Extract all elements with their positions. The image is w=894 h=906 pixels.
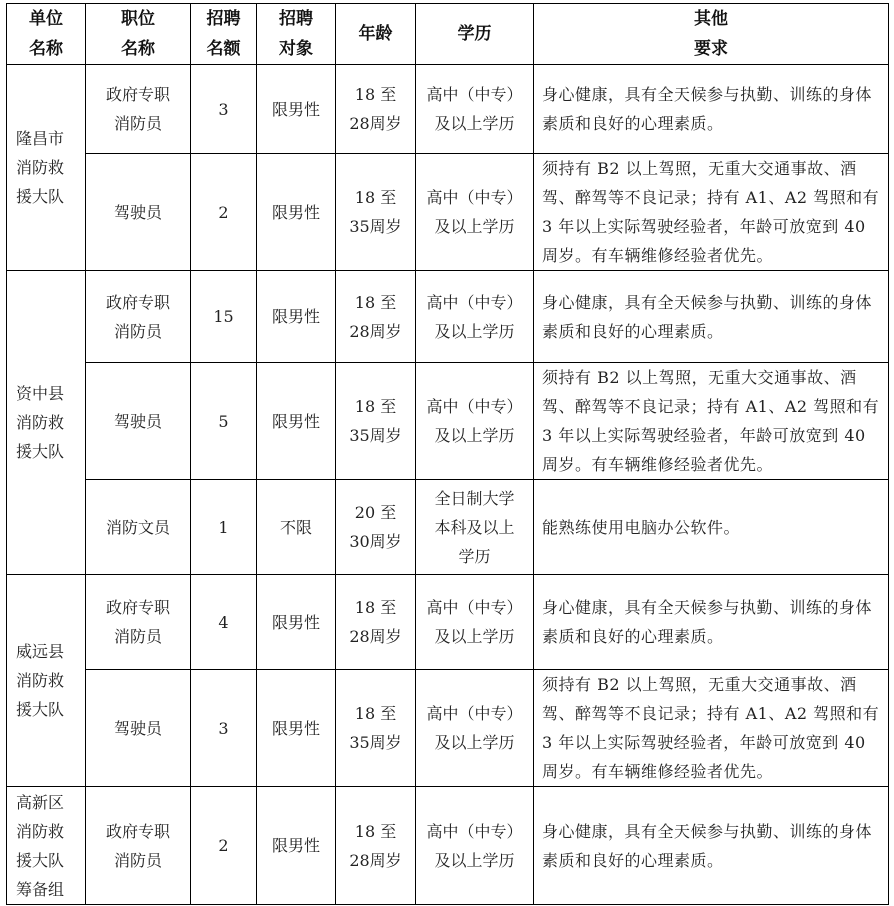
text-line: 驾驶员: [86, 198, 190, 227]
text-line: 高中（中专）: [416, 183, 533, 212]
position-cell: 政府专职消防员: [86, 271, 191, 363]
target-cell: 限男性: [257, 154, 336, 271]
header-position: 职位名称: [86, 4, 191, 65]
count-cell: 15: [191, 271, 257, 363]
text-line: 学历: [416, 19, 533, 49]
text-line: 消防救: [16, 408, 85, 437]
text-line: 筹备组: [16, 875, 85, 904]
age-cell: 18 至28周岁: [336, 787, 416, 905]
education-cell: 高中（中专）及以上学历: [416, 670, 534, 787]
unit-name-cell: 高新区消防救援大队筹备组: [7, 787, 86, 905]
text-line: 及以上学历: [416, 212, 533, 241]
text-line: 高新区: [16, 788, 85, 817]
education-cell: 高中（中专）及以上学历: [416, 787, 534, 905]
text-line: 18 至: [336, 593, 415, 622]
age-cell: 18 至35周岁: [336, 670, 416, 787]
education-cell: 高中（中专）及以上学历: [416, 363, 534, 480]
count-cell: 3: [191, 670, 257, 787]
text-line: 政府专职: [86, 593, 190, 622]
requirements-cell: 须持有 B2 以上驾照，无重大交通事故、酒驾、醉驾等不良记录；持有 A1、A2 …: [534, 363, 889, 480]
text-line: 政府专职: [86, 288, 190, 317]
text-line: 要求: [534, 34, 888, 64]
position-cell: 消防文员: [86, 480, 191, 575]
requirements-cell: 能熟练使用电脑办公软件。: [534, 480, 889, 575]
text-line: 及以上学历: [416, 317, 533, 346]
recruitment-table: 单位名称职位名称招聘名额招聘对象年龄学历其他要求 隆昌市消防救援大队政府专职消防…: [6, 3, 889, 905]
text-line: 隆昌市: [16, 124, 85, 153]
text-line: 及以上学历: [416, 728, 533, 757]
text-line: 职位: [86, 4, 190, 34]
text-line: 28周岁: [336, 109, 415, 138]
text-line: 本科及以上: [416, 513, 533, 542]
text-line: 及以上学历: [416, 622, 533, 651]
position-cell: 驾驶员: [86, 670, 191, 787]
text-line: 援大队: [16, 846, 85, 875]
table-row: 资中县消防救援大队政府专职消防员15限男性18 至28周岁高中（中专）及以上学历…: [7, 271, 889, 363]
header-row: 单位名称职位名称招聘名额招聘对象年龄学历其他要求: [7, 4, 889, 65]
position-cell: 政府专职消防员: [86, 575, 191, 670]
text-line: 驾驶员: [86, 407, 190, 436]
education-cell: 高中（中专）及以上学历: [416, 154, 534, 271]
text-line: 单位: [7, 4, 85, 34]
position-cell: 驾驶员: [86, 154, 191, 271]
table-row: 消防文员1不限20 至30周岁全日制大学本科及以上学历能熟练使用电脑办公软件。: [7, 480, 889, 575]
text-line: 18 至: [336, 80, 415, 109]
education-cell: 高中（中专）及以上学历: [416, 271, 534, 363]
requirements-cell: 身心健康，具有全天候参与执勤、训练的身体素质和良好的心理素质。: [534, 575, 889, 670]
text-line: 名称: [7, 34, 85, 64]
text-line: 35周岁: [336, 421, 415, 450]
text-line: 名称: [86, 34, 190, 64]
table-row: 驾驶员5限男性18 至35周岁高中（中专）及以上学历须持有 B2 以上驾照，无重…: [7, 363, 889, 480]
text-line: 及以上学历: [416, 109, 533, 138]
text-line: 消防员: [86, 109, 190, 138]
text-line: 及以上学历: [416, 846, 533, 875]
text-line: 援大队: [16, 695, 85, 724]
text-line: 18 至: [336, 817, 415, 846]
count-cell: 2: [191, 154, 257, 271]
text-line: 消防救: [16, 817, 85, 846]
text-line: 资中县: [16, 379, 85, 408]
text-line: 学历: [416, 542, 533, 571]
text-line: 对象: [257, 34, 335, 64]
text-line: 高中（中专）: [416, 817, 533, 846]
text-line: 35周岁: [336, 212, 415, 241]
text-line: 28周岁: [336, 846, 415, 875]
header-target: 招聘对象: [257, 4, 336, 65]
text-line: 全日制大学: [416, 484, 533, 513]
header-education: 学历: [416, 4, 534, 65]
text-line: 18 至: [336, 288, 415, 317]
table-row: 驾驶员2限男性18 至35周岁高中（中专）及以上学历须持有 B2 以上驾照，无重…: [7, 154, 889, 271]
text-line: 18 至: [336, 183, 415, 212]
text-line: 高中（中专）: [416, 392, 533, 421]
position-cell: 驾驶员: [86, 363, 191, 480]
unit-name-cell: 隆昌市消防救援大队: [7, 65, 86, 271]
text-line: 高中（中专）: [416, 593, 533, 622]
requirements-cell: 须持有 B2 以上驾照，无重大交通事故、酒驾、醉驾等不良记录；持有 A1、A2 …: [534, 154, 889, 271]
position-cell: 政府专职消防员: [86, 65, 191, 154]
text-line: 及以上学历: [416, 421, 533, 450]
table-row: 高新区消防救援大队筹备组政府专职消防员2限男性18 至28周岁高中（中专）及以上…: [7, 787, 889, 905]
unit-name-cell: 资中县消防救援大队: [7, 271, 86, 575]
text-line: 其他: [534, 4, 888, 34]
text-line: 援大队: [16, 182, 85, 211]
requirements-cell: 身心健康，具有全天候参与执勤、训练的身体素质和良好的心理素质。: [534, 271, 889, 363]
text-line: 30周岁: [336, 527, 415, 556]
target-cell: 限男性: [257, 575, 336, 670]
requirements-cell: 身心健康，具有全天候参与执勤、训练的身体素质和良好的心理素质。: [534, 65, 889, 154]
target-cell: 限男性: [257, 65, 336, 154]
target-cell: 限男性: [257, 670, 336, 787]
target-cell: 限男性: [257, 363, 336, 480]
target-cell: 不限: [257, 480, 336, 575]
age-cell: 18 至28周岁: [336, 575, 416, 670]
position-cell: 政府专职消防员: [86, 787, 191, 905]
text-line: 消防文员: [86, 513, 190, 542]
text-line: 威远县: [16, 637, 85, 666]
age-cell: 18 至35周岁: [336, 154, 416, 271]
table-body: 隆昌市消防救援大队政府专职消防员3限男性18 至28周岁高中（中专）及以上学历身…: [7, 65, 889, 905]
text-line: 消防员: [86, 846, 190, 875]
count-cell: 2: [191, 787, 257, 905]
education-cell: 全日制大学本科及以上学历: [416, 480, 534, 575]
header-requirements: 其他要求: [534, 4, 889, 65]
text-line: 高中（中专）: [416, 288, 533, 317]
header-unit: 单位名称: [7, 4, 86, 65]
age-cell: 18 至35周岁: [336, 363, 416, 480]
text-line: 高中（中专）: [416, 699, 533, 728]
header-age: 年龄: [336, 4, 416, 65]
count-cell: 1: [191, 480, 257, 575]
table-row: 驾驶员3限男性18 至35周岁高中（中专）及以上学历须持有 B2 以上驾照，无重…: [7, 670, 889, 787]
text-line: 消防救: [16, 666, 85, 695]
age-cell: 20 至30周岁: [336, 480, 416, 575]
text-line: 20 至: [336, 498, 415, 527]
text-line: 高中（中专）: [416, 80, 533, 109]
text-line: 招聘: [257, 4, 335, 34]
text-line: 消防员: [86, 622, 190, 651]
count-cell: 3: [191, 65, 257, 154]
requirements-cell: 须持有 B2 以上驾照，无重大交通事故、酒驾、醉驾等不良记录；持有 A1、A2 …: [534, 670, 889, 787]
text-line: 驾驶员: [86, 714, 190, 743]
text-line: 招聘: [191, 4, 256, 34]
target-cell: 限男性: [257, 271, 336, 363]
count-cell: 5: [191, 363, 257, 480]
text-line: 28周岁: [336, 622, 415, 651]
header-count: 招聘名额: [191, 4, 257, 65]
education-cell: 高中（中专）及以上学历: [416, 575, 534, 670]
age-cell: 18 至28周岁: [336, 271, 416, 363]
education-cell: 高中（中专）及以上学历: [416, 65, 534, 154]
text-line: 年龄: [336, 19, 415, 49]
table-row: 威远县消防救援大队政府专职消防员4限男性18 至28周岁高中（中专）及以上学历身…: [7, 575, 889, 670]
text-line: 18 至: [336, 699, 415, 728]
text-line: 名额: [191, 34, 256, 64]
target-cell: 限男性: [257, 787, 336, 905]
text-line: 政府专职: [86, 80, 190, 109]
text-line: 18 至: [336, 392, 415, 421]
text-line: 政府专职: [86, 817, 190, 846]
age-cell: 18 至28周岁: [336, 65, 416, 154]
unit-name-cell: 威远县消防救援大队: [7, 575, 86, 787]
text-line: 援大队: [16, 437, 85, 466]
text-line: 35周岁: [336, 728, 415, 757]
table-row: 隆昌市消防救援大队政府专职消防员3限男性18 至28周岁高中（中专）及以上学历身…: [7, 65, 889, 154]
text-line: 消防救: [16, 153, 85, 182]
text-line: 28周岁: [336, 317, 415, 346]
requirements-cell: 身心健康，具有全天候参与执勤、训练的身体素质和良好的心理素质。: [534, 787, 889, 905]
text-line: 消防员: [86, 317, 190, 346]
count-cell: 4: [191, 575, 257, 670]
